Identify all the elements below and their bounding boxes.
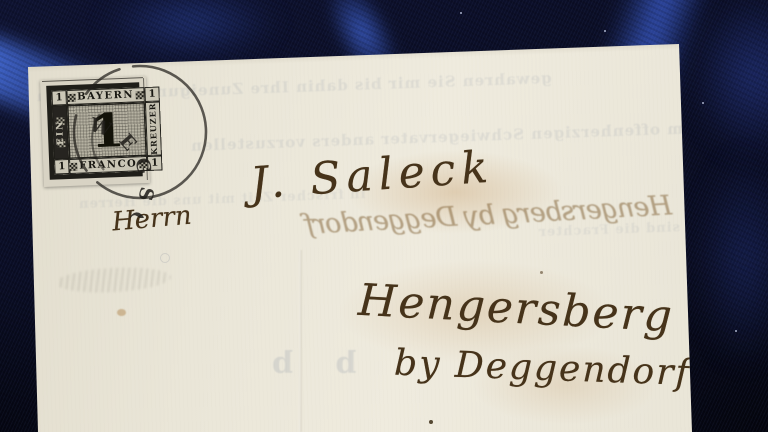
showthrough-stray-marks: b b [256,346,356,381]
dust-speck [460,12,462,14]
dust-speck [702,102,704,104]
dust-speck [604,30,606,32]
dust-speck [735,330,737,332]
paper-crease [299,250,302,432]
photo-scene: Sie sind bei guten Freunden gewogen gewa… [0,0,768,432]
ink-speck [540,271,543,274]
ink-speck [429,420,433,424]
circular-postmark: WEGSCHEID [58,48,228,218]
fox-spot [117,309,126,316]
folded-letter: Sie sind bei guten Freunden gewogen gewa… [0,0,768,432]
faint-ring-mark [160,253,170,263]
